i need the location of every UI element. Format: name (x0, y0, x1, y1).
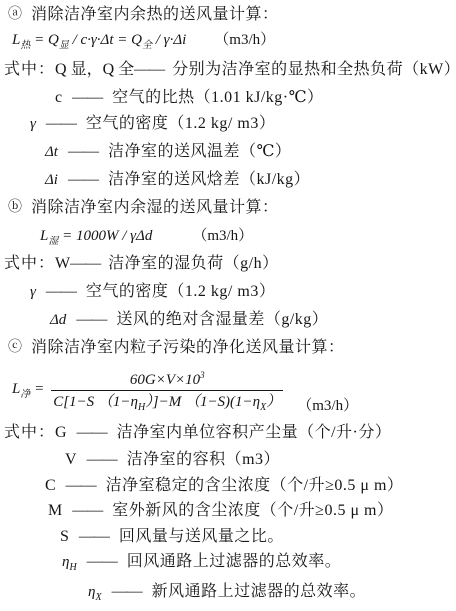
param-row-dust-gen-g: 式中：G——洁净室内单位容积产尘量（个/升·分） (4, 423, 391, 443)
param-row-volume-v: V——洁净室的容积（m3） (65, 450, 280, 470)
param-row-enthalpy-diff-di: Δi——洁净室的送风焓差（kJ/kg） (45, 170, 310, 190)
eta-h-subscript: H (69, 562, 76, 573)
param-row-moisture-load-w: 式中：W——洁净室的湿负荷（g/h） (4, 254, 279, 274)
param-desc: 回风通路上过滤器的总效率。 (127, 553, 342, 570)
em-dash: —— (87, 451, 117, 468)
param-row-specific-heat-c: c——空气的比热（1.01 kJ/kg·℃） (55, 88, 324, 108)
param-symbol: C (45, 477, 56, 494)
param-row-humidity-diff-dd: Δd——送风的绝对含湿量差（g/kg） (50, 310, 328, 330)
param-symbol: ηH (62, 554, 77, 570)
formula-heat-term4: / γ·Δi (152, 32, 186, 48)
param-symbol: S (60, 528, 69, 545)
param-desc: 空气的密度（1.2 kg/ m3） (86, 283, 275, 300)
em-dash: —— (70, 255, 100, 272)
em-dash: —— (134, 61, 164, 78)
numerator-exponent: 3 (200, 370, 205, 380)
param-desc: 分别为洁净室的显热和全热负荷（kW） (172, 61, 456, 78)
param-row-outdoor-dust-conc-m: M——室外新风的含尘浓度（个/升≥0.5 μ m） (48, 501, 394, 521)
em-dash: —— (77, 424, 107, 441)
eta-x-subscript: X (95, 592, 101, 603)
param-symbol: Δi (45, 172, 58, 188)
em-dash: —— (72, 89, 102, 106)
numerator-text: 60G×V×10 (130, 372, 200, 388)
param-desc: 洁净室稳定的含尘浓度（个/升≥0.5 μ m） (106, 477, 404, 494)
param-desc: 送风的绝对含湿量差（g/kg） (116, 311, 328, 328)
circled-c-marker: ⓒ (8, 337, 22, 357)
formula-moisture: L湿 = 1000W / γΔd（m3/h） (40, 226, 253, 252)
formula-purify-fraction: 60G×V×103 C[1−S （1−ηH）]−M （1−S)(1−ηX） (51, 367, 283, 417)
circled-a-marker: ⓐ (8, 4, 22, 24)
em-dash: —— (112, 583, 142, 600)
em-dash: —— (76, 311, 106, 328)
param-row-return-ratio-s: S——回风量与送风量之比。 (60, 527, 284, 547)
param-desc: 洁净室的容积（m3） (127, 451, 280, 468)
param-row-q-loads: 式中：Q 显，Q 全——分别为洁净室的显热和全热负荷（kW） (4, 60, 456, 80)
param-desc: 室外新风的含尘浓度（个/升≥0.5 μ m） (112, 502, 393, 519)
formula-heat-term3: / c·γ·Δt = Q (69, 32, 142, 48)
param-symbol: Δt (45, 144, 58, 160)
param-symbol: γ (30, 116, 36, 132)
param-desc: 回风量与送风量之比。 (119, 528, 284, 545)
param-desc: 空气的比热（1.01 kJ/kg·℃） (112, 89, 323, 106)
section-c-title: 消除洁净室内粒子污染的净化送风量计算： (31, 339, 345, 356)
param-row-temp-diff-dt: Δt——洁净室的送风温差（℃） (45, 142, 291, 162)
formula-heat-term2: = Q (30, 32, 58, 48)
param-row-air-density-gamma: γ——空气的密度（1.2 kg/ m3） (30, 282, 275, 302)
section-c-heading: ⓒ消除洁净室内粒子污染的净化送风量计算： (8, 338, 345, 358)
formula-purify: L净 = 60G×V×103 C[1−S （1−ηH）]−M （1−S)(1−η… (12, 367, 358, 417)
param-row-air-density-gamma: γ——空气的密度（1.2 kg/ m3） (30, 114, 275, 134)
denominator-part2: ）]−M （1−S)(1−η (145, 394, 260, 410)
param-symbol: ηX (88, 584, 102, 600)
fraction-denominator: C[1−S （1−ηH）]−M （1−S)(1−ηX） (51, 391, 283, 417)
denominator-part1: C[1−S （1−η (53, 394, 138, 410)
param-symbol: V (65, 451, 77, 468)
param-row-room-dust-conc-c: C——洁净室稳定的含尘浓度（个/升≥0.5 μ m） (45, 476, 403, 496)
formula-heat: L热 = Q显 / c·γ·Δt = Q全 / γ·Δi（m3/h） (12, 30, 275, 56)
section-a-heading: ⓐ消除洁净室内余热的送风量计算： (8, 5, 279, 25)
em-dash: —— (68, 143, 98, 160)
em-dash: —— (46, 283, 76, 300)
section-b-title: 消除洁净室内余湿的送风量计算： (31, 199, 279, 216)
param-row-return-filter-eff-eta-h: ηH——回风通路上过滤器的总效率。 (62, 552, 341, 578)
param-symbol: Q 显，Q 全 (55, 61, 134, 78)
param-desc: 新风通路上过滤器的总效率。 (152, 583, 367, 600)
formula-purify-lhs-sub: 净 (20, 389, 30, 400)
where-label: 式中： (4, 255, 55, 272)
param-desc: 洁净室的送风焓差（kJ/kg） (108, 171, 310, 188)
param-symbol: M (48, 502, 62, 519)
formula-moisture-lhs-sub: 湿 (48, 236, 58, 247)
em-dash: —— (66, 477, 96, 494)
formula-purify-lhs: L净 = (12, 379, 44, 405)
param-desc: 洁净室内单位容积产尘量（个/升·分） (117, 424, 392, 441)
denominator-part3: ） (266, 394, 281, 410)
formula-heat-term2-sub: 显 (59, 40, 69, 51)
where-label: 式中： (4, 61, 55, 78)
section-a-title: 消除洁净室内余热的送风量计算： (31, 6, 279, 23)
formula-moisture-unit: （m3/h） (192, 228, 253, 244)
em-dash: —— (79, 528, 109, 545)
em-dash: —— (68, 171, 98, 188)
formula-heat-lhs-sub: 热 (20, 40, 30, 51)
param-desc: 洁净室的湿负荷（g/h） (108, 255, 278, 272)
section-b-heading: ⓑ消除洁净室内余湿的送风量计算： (8, 198, 279, 218)
formula-heat-term3-sub: 全 (142, 40, 152, 51)
where-label: 式中： (4, 424, 55, 441)
formula-moisture-rhs: = 1000W / γΔd (58, 228, 152, 244)
em-dash: —— (87, 553, 117, 570)
fraction-numerator: 60G×V×103 (51, 367, 283, 391)
param-symbol: c (55, 89, 62, 106)
param-desc: 空气的密度（1.2 kg/ m3） (86, 115, 275, 132)
equals-sign: = (30, 381, 44, 397)
circled-b-marker: ⓑ (8, 197, 22, 217)
param-desc: 洁净室的送风温差（℃） (108, 143, 291, 160)
param-symbol: Δd (50, 312, 66, 328)
formula-heat-unit: （m3/h） (214, 32, 275, 48)
formula-purify-unit: （m3/h） (297, 396, 358, 416)
param-symbol: W (55, 255, 70, 272)
em-dash: —— (72, 502, 102, 519)
param-symbol: G (55, 424, 67, 441)
em-dash: —— (46, 115, 76, 132)
param-symbol: γ (30, 284, 36, 300)
document-page: ⓐ消除洁净室内余热的送风量计算： L热 = Q显 / c·γ·Δt = Q全 /… (0, 0, 456, 611)
param-row-fresh-filter-eff-eta-x: ηX——新风通路上过滤器的总效率。 (88, 582, 366, 608)
